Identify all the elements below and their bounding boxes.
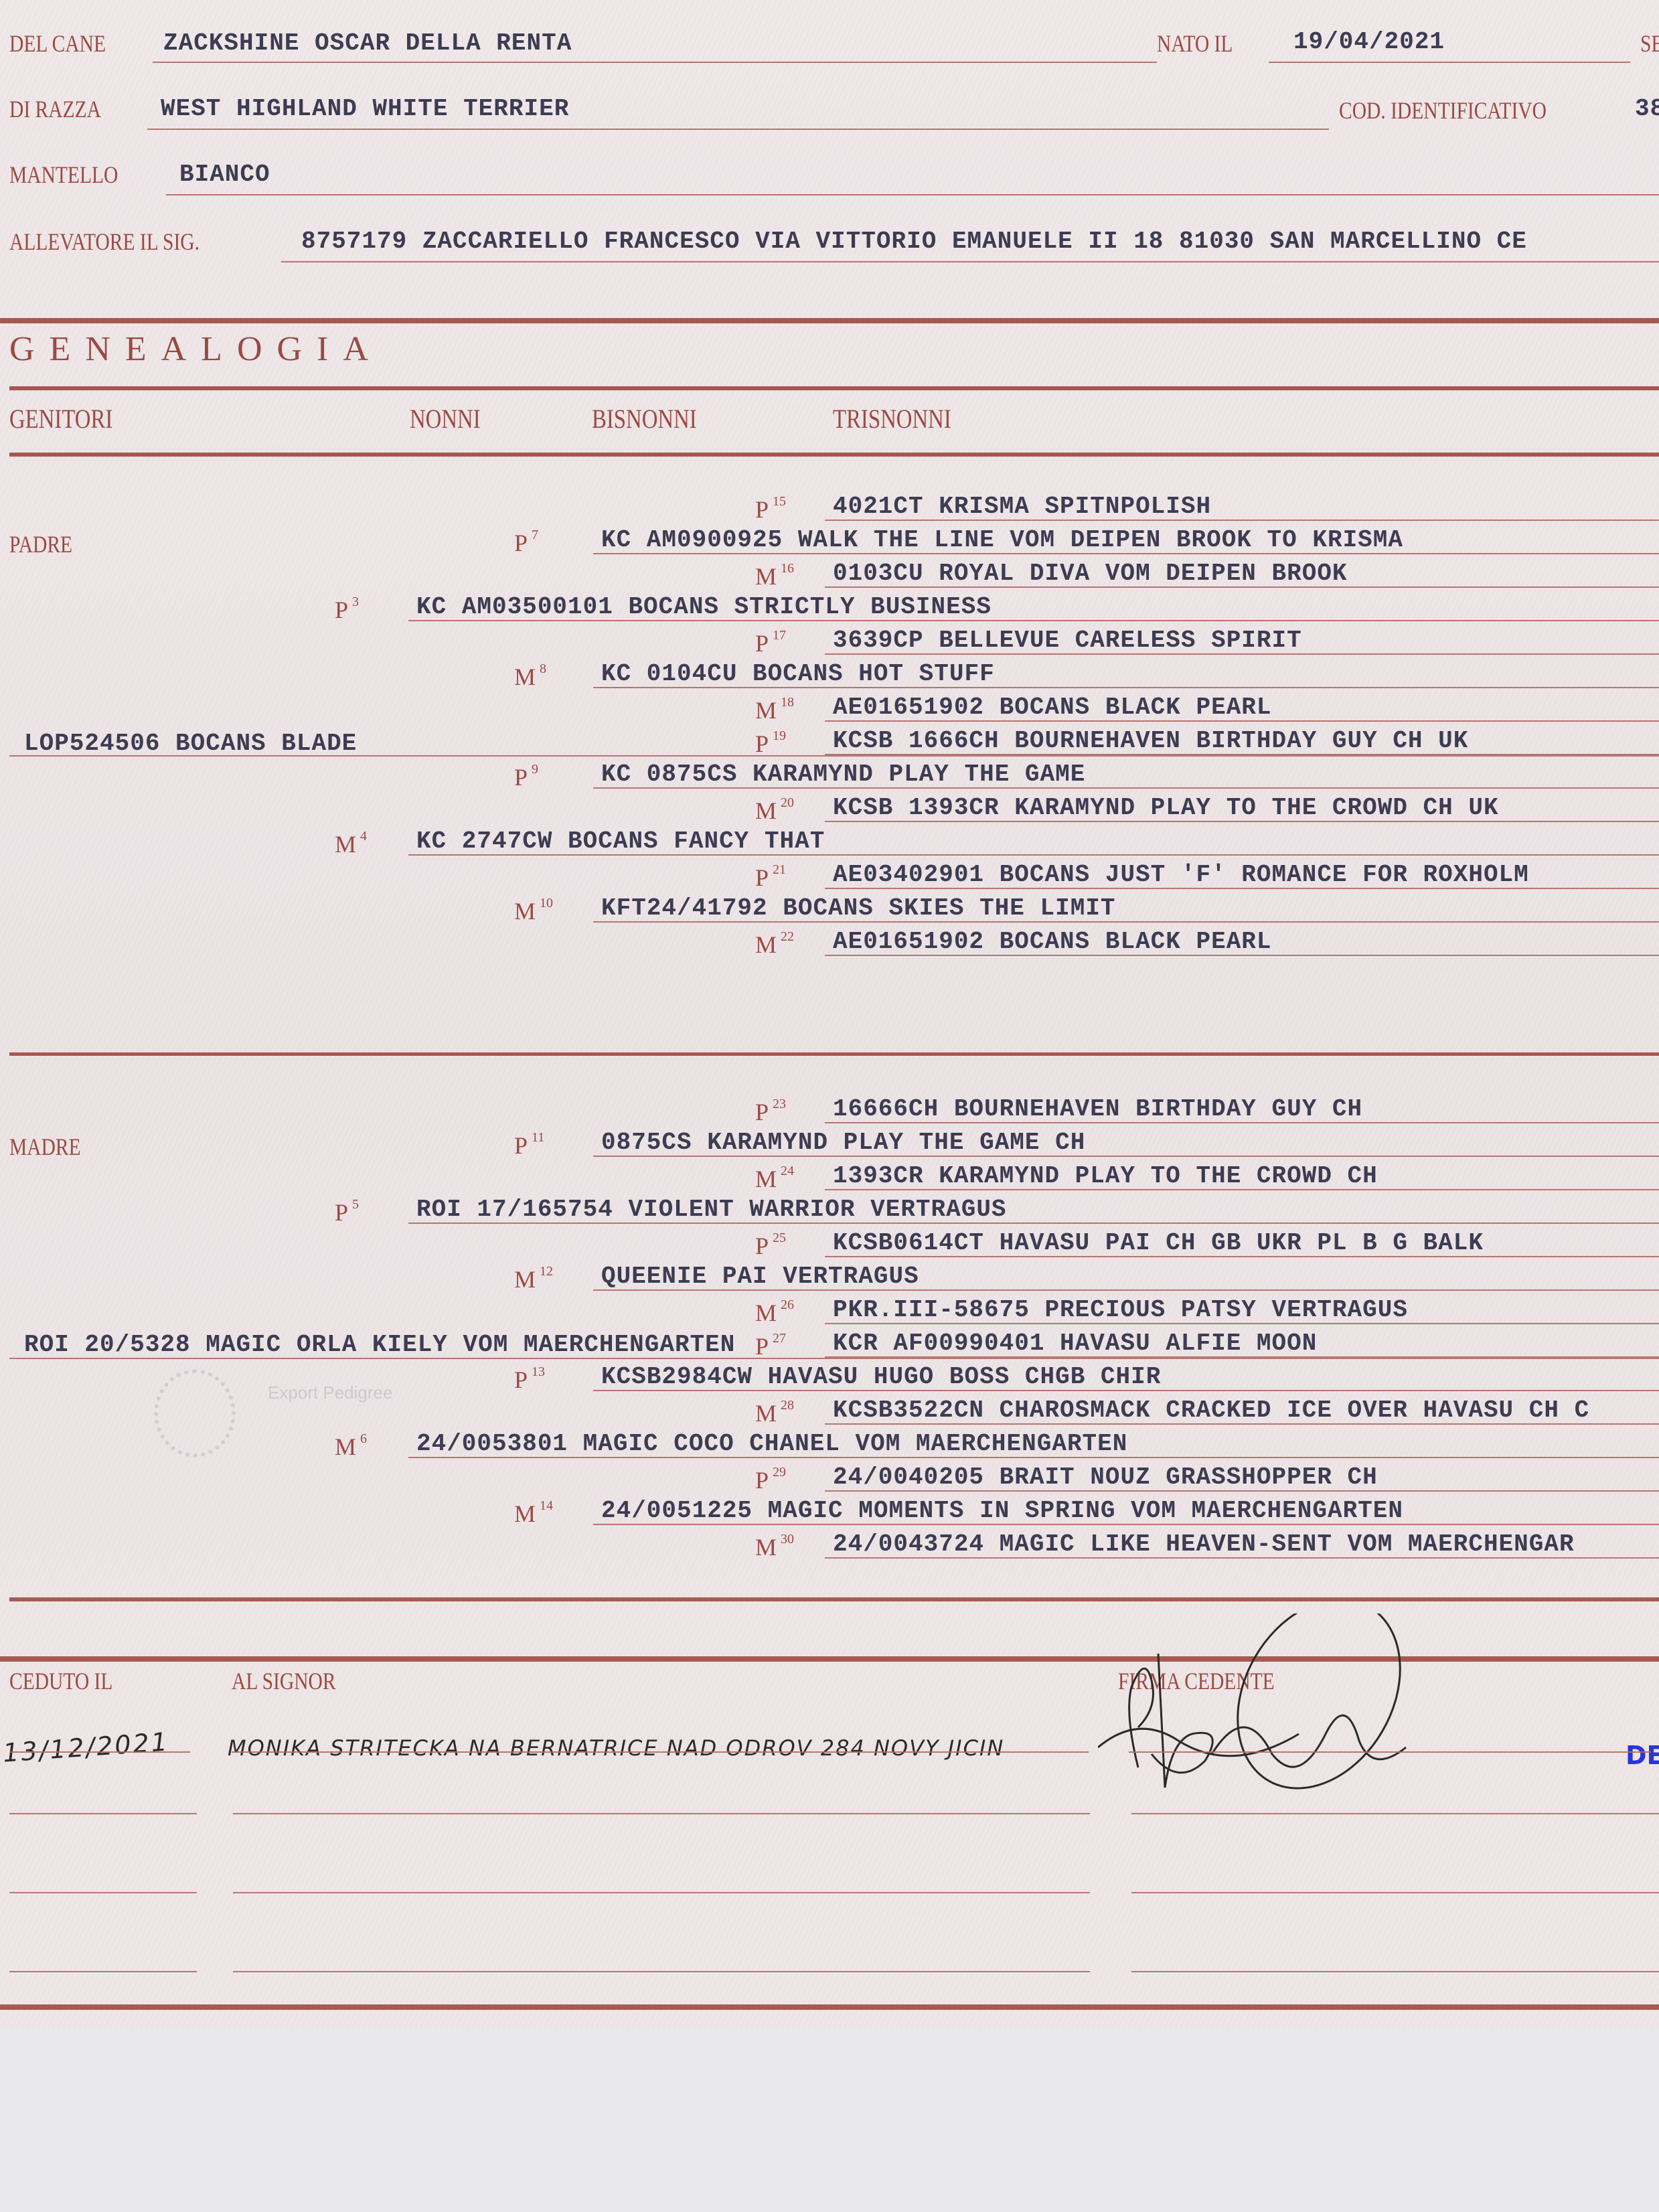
pedigree-entry-rule <box>408 620 1659 621</box>
blank-rule <box>233 1971 1090 1972</box>
columns-divider <box>9 453 1659 457</box>
pedigree-entry-rule <box>825 754 1659 755</box>
seal-icon <box>154 1369 236 1457</box>
pedigree-position-marker: M14 <box>514 1498 553 1528</box>
sire-label: PADRE <box>9 530 72 558</box>
pedigree-entry-name: KCSB3522CN CHAROSMACK CRACKED ICE OVER H… <box>833 1397 1589 1424</box>
pedigree-entry-rule <box>593 921 1659 923</box>
pedigree-position-marker: M8 <box>514 661 546 691</box>
dog-name-rule <box>153 62 1157 63</box>
pedigree-entry-rule <box>825 1356 1659 1358</box>
blank-rule <box>9 1892 197 1893</box>
pedigree-entry-name: 1393CR KARAMYND PLAY TO THE CROWD CH <box>833 1162 1378 1190</box>
dam-name: ROI 20/5328 MAGIC ORLA KIELY VOM MAERCHE… <box>24 1331 735 1358</box>
pedigree-position-marker: P5 <box>335 1197 359 1227</box>
pedigree-entry-rule <box>825 520 1659 521</box>
pedigree-entry-rule <box>825 1490 1659 1492</box>
breeder-label: ALLEVATORE IL SIG. <box>9 228 200 256</box>
pedigree-certificate: DEL CANE ZACKSHINE OSCAR DELLA RENTA NAT… <box>0 0 1659 2029</box>
pedigree-entry-name: KC 2747CW BOCANS FANCY THAT <box>416 827 825 855</box>
pedigree-entry-rule <box>825 1557 1659 1559</box>
dog-name-value: ZACKSHINE OSCAR DELLA RENTA <box>163 29 572 57</box>
pedigree-entry-name: KCR AF00990401 HAVASU ALFIE MOON <box>833 1330 1317 1357</box>
ceded-label: CEDUTO IL <box>9 1667 112 1695</box>
dam-label: MADRE <box>9 1133 81 1161</box>
blank-rule <box>233 1892 1090 1893</box>
to-label: AL SIGNOR <box>232 1667 336 1695</box>
pedigree-entry-name: KC 0104CU BOCANS HOT STUFF <box>601 660 995 688</box>
page-bottom-rule <box>0 2004 1659 2010</box>
pedigree-position-marker: P21 <box>755 862 786 892</box>
export-pedigree-watermark: Export Pedigree <box>154 1369 582 1456</box>
pedigree-entry-name: KCSB 1666CH BOURNEHAVEN BIRTHDAY GUY CH … <box>833 727 1468 755</box>
col-bisnonni: BISNONNI <box>592 403 697 434</box>
pedigree-entry-rule <box>825 720 1659 722</box>
pedigree-entry-rule <box>593 787 1659 789</box>
pedigree-entry-rule <box>825 1323 1659 1324</box>
genealogy-end-rule <box>9 1597 1659 1601</box>
pedigree-entry-name: 24/0043724 MAGIC LIKE HEAVEN-SENT VOM MA… <box>833 1530 1575 1558</box>
pedigree-entry-name: KC AM03500101 BOCANS STRICTLY BUSINESS <box>416 593 992 621</box>
pedigree-position-marker: P25 <box>755 1231 786 1260</box>
pedigree-entry-rule <box>825 1423 1659 1425</box>
pedigree-position-marker: P23 <box>755 1097 786 1126</box>
blank-rule <box>1129 1751 1651 1753</box>
pedigree-position-marker: M16 <box>755 561 794 590</box>
pedigree-entry-rule <box>825 888 1659 889</box>
pedigree-entry-rule <box>408 1457 1659 1458</box>
pedigree-position-marker: P29 <box>755 1465 786 1494</box>
pedigree-position-marker: P17 <box>755 628 786 657</box>
pedigree-position-marker: P15 <box>755 494 786 524</box>
pedigree-entry-rule <box>593 1524 1659 1525</box>
breed-rule <box>147 129 1329 130</box>
blank-rule <box>9 1813 197 1814</box>
pedigree-entry-name: 24/0051225 MAGIC MOMENTS IN SPRING VOM M… <box>601 1497 1403 1524</box>
pedigree-position-marker: M28 <box>755 1398 794 1427</box>
pedigree-entry-name: ROI 17/165754 VIOLENT WARRIOR VERTRAGUS <box>416 1196 1007 1223</box>
new-owner: MONIKA STRITECKA NA BERNATRICE NAD ODROV… <box>228 1735 1004 1761</box>
pedigree-entry-name: QUEENIE PAI VERTRAGUS <box>601 1263 919 1290</box>
pedigree-position-marker: M26 <box>755 1297 794 1327</box>
col-trisnonni: TRISNONNI <box>833 403 951 434</box>
sire-name: LOP524506 BOCANS BLADE <box>24 730 357 757</box>
pedigree-entry-name: 16666CH BOURNEHAVEN BIRTHDAY GUY CH <box>833 1095 1362 1123</box>
breed-value: WEST HIGHLAND WHITE TERRIER <box>161 95 569 123</box>
section-divider <box>0 318 1659 323</box>
coat-value: BIANCO <box>179 161 270 188</box>
breed-label: DI RAZZA <box>9 95 101 123</box>
pedigree-entry-name: 24/0040205 BRAIT NOUZ GRASSHOPPER CH <box>833 1464 1378 1491</box>
signature-scribble <box>1098 1613 1500 1814</box>
pedigree-entry-rule <box>825 821 1659 822</box>
pedigree-position-marker: M4 <box>335 829 367 858</box>
pedigree-entry-rule <box>825 1122 1659 1123</box>
blank-rule <box>1131 1813 1659 1814</box>
pedigree-position-marker: P9 <box>514 762 538 791</box>
pedigree-entry-rule <box>593 1156 1659 1157</box>
pedigree-entry-name: KFT24/41792 BOCANS SKIES THE LIMIT <box>601 894 1116 922</box>
col-nonni: NONNI <box>410 403 481 434</box>
pedigree-entry-name: 4021CT KRISMA SPITNPOLISH <box>833 493 1211 520</box>
born-date-rule <box>1269 62 1630 63</box>
pedigree-entry-name: KC 0875CS KARAMYND PLAY THE GAME <box>601 761 1085 788</box>
pedigree-position-marker: M20 <box>755 795 794 825</box>
pedigree-entry-name: 3639CP BELLEVUE CARELESS SPIRIT <box>833 627 1302 654</box>
pedigree-entry-name: PKR.III-58675 PRECIOUS PATSY VERTRAGUS <box>833 1296 1408 1324</box>
pedigree-position-marker: P3 <box>335 595 359 624</box>
born-date: 19/04/2021 <box>1293 28 1445 56</box>
pedigree-entry-rule <box>408 854 1659 856</box>
pedigree-entry-rule <box>408 1222 1659 1224</box>
born-label: NATO IL <box>1157 29 1233 58</box>
pedigree-entry-name: KCSB0614CT HAVASU PAI CH GB UKR PL B G B… <box>833 1229 1484 1257</box>
pedigree-entry-rule <box>825 653 1659 655</box>
blank-rule <box>1131 1971 1659 1972</box>
pedigree-entry-name: KC AM0900925 WALK THE LINE VOM DEIPEN BR… <box>601 526 1403 554</box>
breeder-value: 8757179 ZACCARIELLO FRANCESCO VIA VITTOR… <box>301 228 1527 255</box>
blue-stamp: DE <box>1626 1741 1659 1770</box>
pedigree-entry-rule <box>593 1390 1659 1391</box>
sire-dam-divider <box>9 1052 1659 1056</box>
pedigree-position-marker: M30 <box>755 1532 794 1561</box>
pedigree-entry-name: 0875CS KARAMYND PLAY THE GAME CH <box>601 1129 1085 1156</box>
pedigree-position-marker: P27 <box>755 1331 786 1360</box>
coat-rule <box>166 194 1659 195</box>
blank-rule <box>9 1751 190 1753</box>
dog-name-label: DEL CANE <box>9 29 106 58</box>
pedigree-position-marker: P11 <box>514 1130 544 1160</box>
pedigree-entry-rule <box>825 1189 1659 1190</box>
id-label: COD. IDENTIFICATIVO <box>1339 96 1547 125</box>
blank-rule <box>9 1971 197 1972</box>
pedigree-position-marker: M12 <box>514 1264 553 1293</box>
pedigree-entry-name: KCSB2984CW HAVASU HUGO BOSS CHGB CHIR <box>601 1363 1161 1391</box>
pedigree-position-marker: M22 <box>755 929 794 959</box>
pedigree-position-marker: P19 <box>755 728 786 758</box>
blank-rule <box>232 1751 1089 1753</box>
genealogy-title: GENEALOGIA <box>9 329 383 369</box>
id-value: 38 <box>1635 95 1659 123</box>
sex-label: SE <box>1640 29 1659 58</box>
coat-label: MANTELLO <box>9 161 118 189</box>
sire-rule <box>9 755 1659 757</box>
pedigree-entry-rule <box>593 1289 1659 1291</box>
pedigree-entry-rule <box>825 586 1659 588</box>
blank-rule <box>233 1813 1090 1814</box>
pedigree-position-marker: M24 <box>755 1164 794 1193</box>
pedigree-entry-rule <box>593 687 1659 688</box>
dam-rule <box>9 1358 1659 1359</box>
pedigree-position-marker: P7 <box>514 528 538 557</box>
pedigree-entry-name: 0103CU ROYAL DIVA VOM DEIPEN BROOK <box>833 560 1348 587</box>
breeder-rule <box>281 261 1659 262</box>
pedigree-entry-name: AE01651902 BOCANS BLACK PEARL <box>833 694 1272 721</box>
pedigree-position-marker: M10 <box>514 896 553 925</box>
pedigree-entry-name: KCSB 1393CR KARAMYND PLAY TO THE CROWD C… <box>833 794 1499 821</box>
pedigree-entry-rule <box>825 955 1659 956</box>
ceded-date: 13/12/2021 <box>2 1727 170 1767</box>
pedigree-entry-rule <box>825 1256 1659 1257</box>
pedigree-entry-rule <box>593 553 1659 554</box>
pedigree-entry-name: AE03402901 BOCANS JUST 'F' ROMANCE FOR R… <box>833 861 1529 888</box>
col-genitori: GENITORI <box>9 403 112 434</box>
blank-rule <box>1131 1892 1659 1893</box>
pedigree-entry-name: AE01651902 BOCANS BLACK PEARL <box>833 928 1272 955</box>
pedigree-position-marker: M18 <box>755 695 794 724</box>
header-divider <box>9 386 1659 390</box>
